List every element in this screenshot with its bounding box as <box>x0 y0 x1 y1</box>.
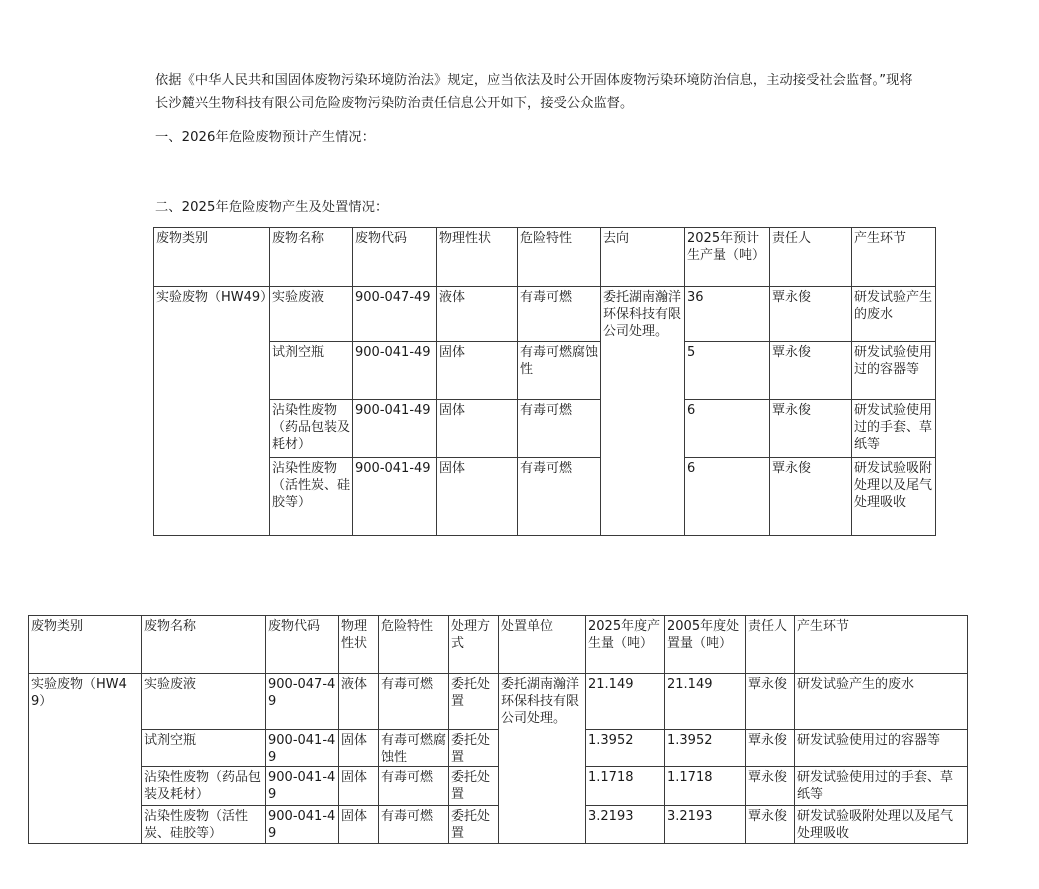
header-cell: 处置单位 <box>499 616 586 674</box>
stage-cell: 研发试验使用过的容器等 <box>795 730 968 767</box>
header-cell: 2025年预计生产量（吨） <box>685 228 770 287</box>
table-row: 沾染性废物（活性炭、硅胶等） 900-041-49 固体 有毒可燃 6 覃永俊 … <box>154 458 936 536</box>
name-cell: 沾染性废物（药品包装及耗材） <box>142 767 266 806</box>
produced-cell: 3.2193 <box>586 806 665 844</box>
person-cell: 覃永俊 <box>746 730 795 767</box>
hazard-cell: 有毒可燃 <box>518 287 601 342</box>
name-cell: 沾染性废物（药品包装及耗材） <box>270 400 353 458</box>
table-row: 沾染性废物（药品包装及耗材） 900-041-49 固体 有毒可燃 6 覃永俊 … <box>154 400 936 458</box>
hazard-cell: 有毒可燃 <box>518 458 601 536</box>
name-cell: 试剂空瓶 <box>270 342 353 400</box>
state-cell: 固体 <box>437 400 518 458</box>
person-cell: 覃永俊 <box>746 806 795 844</box>
person-cell: 覃永俊 <box>770 400 852 458</box>
header-cell: 处理方式 <box>449 616 499 674</box>
stage-cell: 研发试验使用过的手套、草纸等 <box>795 767 968 806</box>
category-cell: 实验废物（HW49） <box>29 674 142 844</box>
amount-cell: 36 <box>685 287 770 342</box>
table-row: 实验废物（HW49） 实验废液 900-047-49 液体 有毒可燃 委托处置 … <box>29 674 968 730</box>
method-cell: 委托处置 <box>449 730 499 767</box>
header-cell: 产生环节 <box>852 228 936 287</box>
header-cell: 废物代码 <box>353 228 437 287</box>
header-cell: 2025年度产生量（吨） <box>586 616 665 674</box>
name-cell: 实验废液 <box>270 287 353 342</box>
method-cell: 委托处置 <box>449 767 499 806</box>
state-cell: 液体 <box>339 674 379 730</box>
category-cell: 实验废物（HW49） <box>154 287 270 536</box>
stage-cell: 研发试验使用过的手套、草纸等 <box>852 400 936 458</box>
hazard-cell: 有毒可燃腐蚀性 <box>379 730 449 767</box>
table-header-row: 废物类别 废物名称 废物代码 物理性状 危险特性 处理方式 处置单位 2025年… <box>29 616 968 674</box>
stage-cell: 研发试验使用过的容器等 <box>852 342 936 400</box>
hazard-cell: 有毒可燃 <box>379 806 449 844</box>
person-cell: 覃永俊 <box>746 767 795 806</box>
header-cell: 废物类别 <box>154 228 270 287</box>
state-cell: 固体 <box>437 342 518 400</box>
code-cell: 900-047-49 <box>266 674 339 730</box>
header-cell: 废物类别 <box>29 616 142 674</box>
forecast-table: 废物类别 废物名称 废物代码 物理性状 危险特性 去向 2025年预计生产量（吨… <box>153 227 936 536</box>
method-cell: 委托处置 <box>449 806 499 844</box>
person-cell: 覃永俊 <box>770 458 852 536</box>
disposed-cell: 21.149 <box>665 674 746 730</box>
header-cell: 废物名称 <box>270 228 353 287</box>
code-cell: 900-041-49 <box>266 730 339 767</box>
table-header-row: 废物类别 废物名称 废物代码 物理性状 危险特性 去向 2025年预计生产量（吨… <box>154 228 936 287</box>
stage-cell: 研发试验产生的废水 <box>852 287 936 342</box>
person-cell: 覃永俊 <box>770 287 852 342</box>
name-cell: 试剂空瓶 <box>142 730 266 767</box>
header-cell: 废物名称 <box>142 616 266 674</box>
hazard-cell: 有毒可燃 <box>379 674 449 730</box>
produced-cell: 1.1718 <box>586 767 665 806</box>
amount-cell: 6 <box>685 458 770 536</box>
hazard-cell: 有毒可燃 <box>518 400 601 458</box>
code-cell: 900-041-49 <box>266 767 339 806</box>
disposed-cell: 1.3952 <box>665 730 746 767</box>
header-cell: 产生环节 <box>795 616 968 674</box>
person-cell: 覃永俊 <box>770 342 852 400</box>
header-cell: 物理性状 <box>437 228 518 287</box>
disposed-cell: 3.2193 <box>665 806 746 844</box>
header-cell: 废物代码 <box>266 616 339 674</box>
state-cell: 固体 <box>339 767 379 806</box>
produced-cell: 1.3952 <box>586 730 665 767</box>
person-cell: 覃永俊 <box>746 674 795 730</box>
amount-cell: 6 <box>685 400 770 458</box>
name-cell: 沾染性废物（活性炭、硅胶等） <box>142 806 266 844</box>
state-cell: 固体 <box>339 806 379 844</box>
code-cell: 900-041-49 <box>353 458 437 536</box>
intro-paragraph: 依据《中华人民共和国固体废物污染环境防治法》规定，应当依法及时公开固体废物污染环… <box>155 69 915 115</box>
code-cell: 900-041-49 <box>353 342 437 400</box>
disposal-table: 废物类别 废物名称 废物代码 物理性状 危险特性 处理方式 处置单位 2025年… <box>28 615 968 844</box>
name-cell: 沾染性废物（活性炭、硅胶等） <box>270 458 353 536</box>
section1-title: 一、2026年危险废物预计产生情况： <box>155 126 915 149</box>
stage-cell: 研发试验吸附处理以及尾气处理吸收 <box>795 806 968 844</box>
destination-cell: 委托湖南瀚洋环保科技有限公司处理。 <box>601 287 685 536</box>
table-row: 试剂空瓶 900-041-49 固体 有毒可燃腐蚀性 委托处置 1.3952 1… <box>29 730 968 767</box>
disposed-cell: 1.1718 <box>665 767 746 806</box>
hazard-cell: 有毒可燃 <box>379 767 449 806</box>
stage-cell: 研发试验产生的废水 <box>795 674 968 730</box>
hazard-cell: 有毒可燃腐蚀性 <box>518 342 601 400</box>
code-cell: 900-047-49 <box>353 287 437 342</box>
header-cell: 物理性状 <box>339 616 379 674</box>
name-cell: 实验废液 <box>142 674 266 730</box>
header-cell: 去向 <box>601 228 685 287</box>
method-cell: 委托处置 <box>449 674 499 730</box>
table-row: 沾染性废物（药品包装及耗材） 900-041-49 固体 有毒可燃 委托处置 1… <box>29 767 968 806</box>
table-row: 试剂空瓶 900-041-49 固体 有毒可燃腐蚀性 5 覃永俊 研发试验使用过… <box>154 342 936 400</box>
section2-title: 二、2025年危险废物产生及处置情况： <box>155 196 915 219</box>
state-cell: 固体 <box>339 730 379 767</box>
header-cell: 2005年度处置量（吨） <box>665 616 746 674</box>
state-cell: 液体 <box>437 287 518 342</box>
table-row: 实验废物（HW49） 实验废液 900-047-49 液体 有毒可燃 委托湖南瀚… <box>154 287 936 342</box>
amount-cell: 5 <box>685 342 770 400</box>
header-cell: 责任人 <box>770 228 852 287</box>
code-cell: 900-041-49 <box>266 806 339 844</box>
header-cell: 责任人 <box>746 616 795 674</box>
table-row: 沾染性废物（活性炭、硅胶等） 900-041-49 固体 有毒可燃 委托处置 3… <box>29 806 968 844</box>
unit-cell: 委托湖南瀚洋环保科技有限公司处理。 <box>499 674 586 844</box>
header-cell: 危险特性 <box>518 228 601 287</box>
stage-cell: 研发试验吸附处理以及尾气处理吸收 <box>852 458 936 536</box>
state-cell: 固体 <box>437 458 518 536</box>
code-cell: 900-041-49 <box>353 400 437 458</box>
produced-cell: 21.149 <box>586 674 665 730</box>
header-cell: 危险特性 <box>379 616 449 674</box>
